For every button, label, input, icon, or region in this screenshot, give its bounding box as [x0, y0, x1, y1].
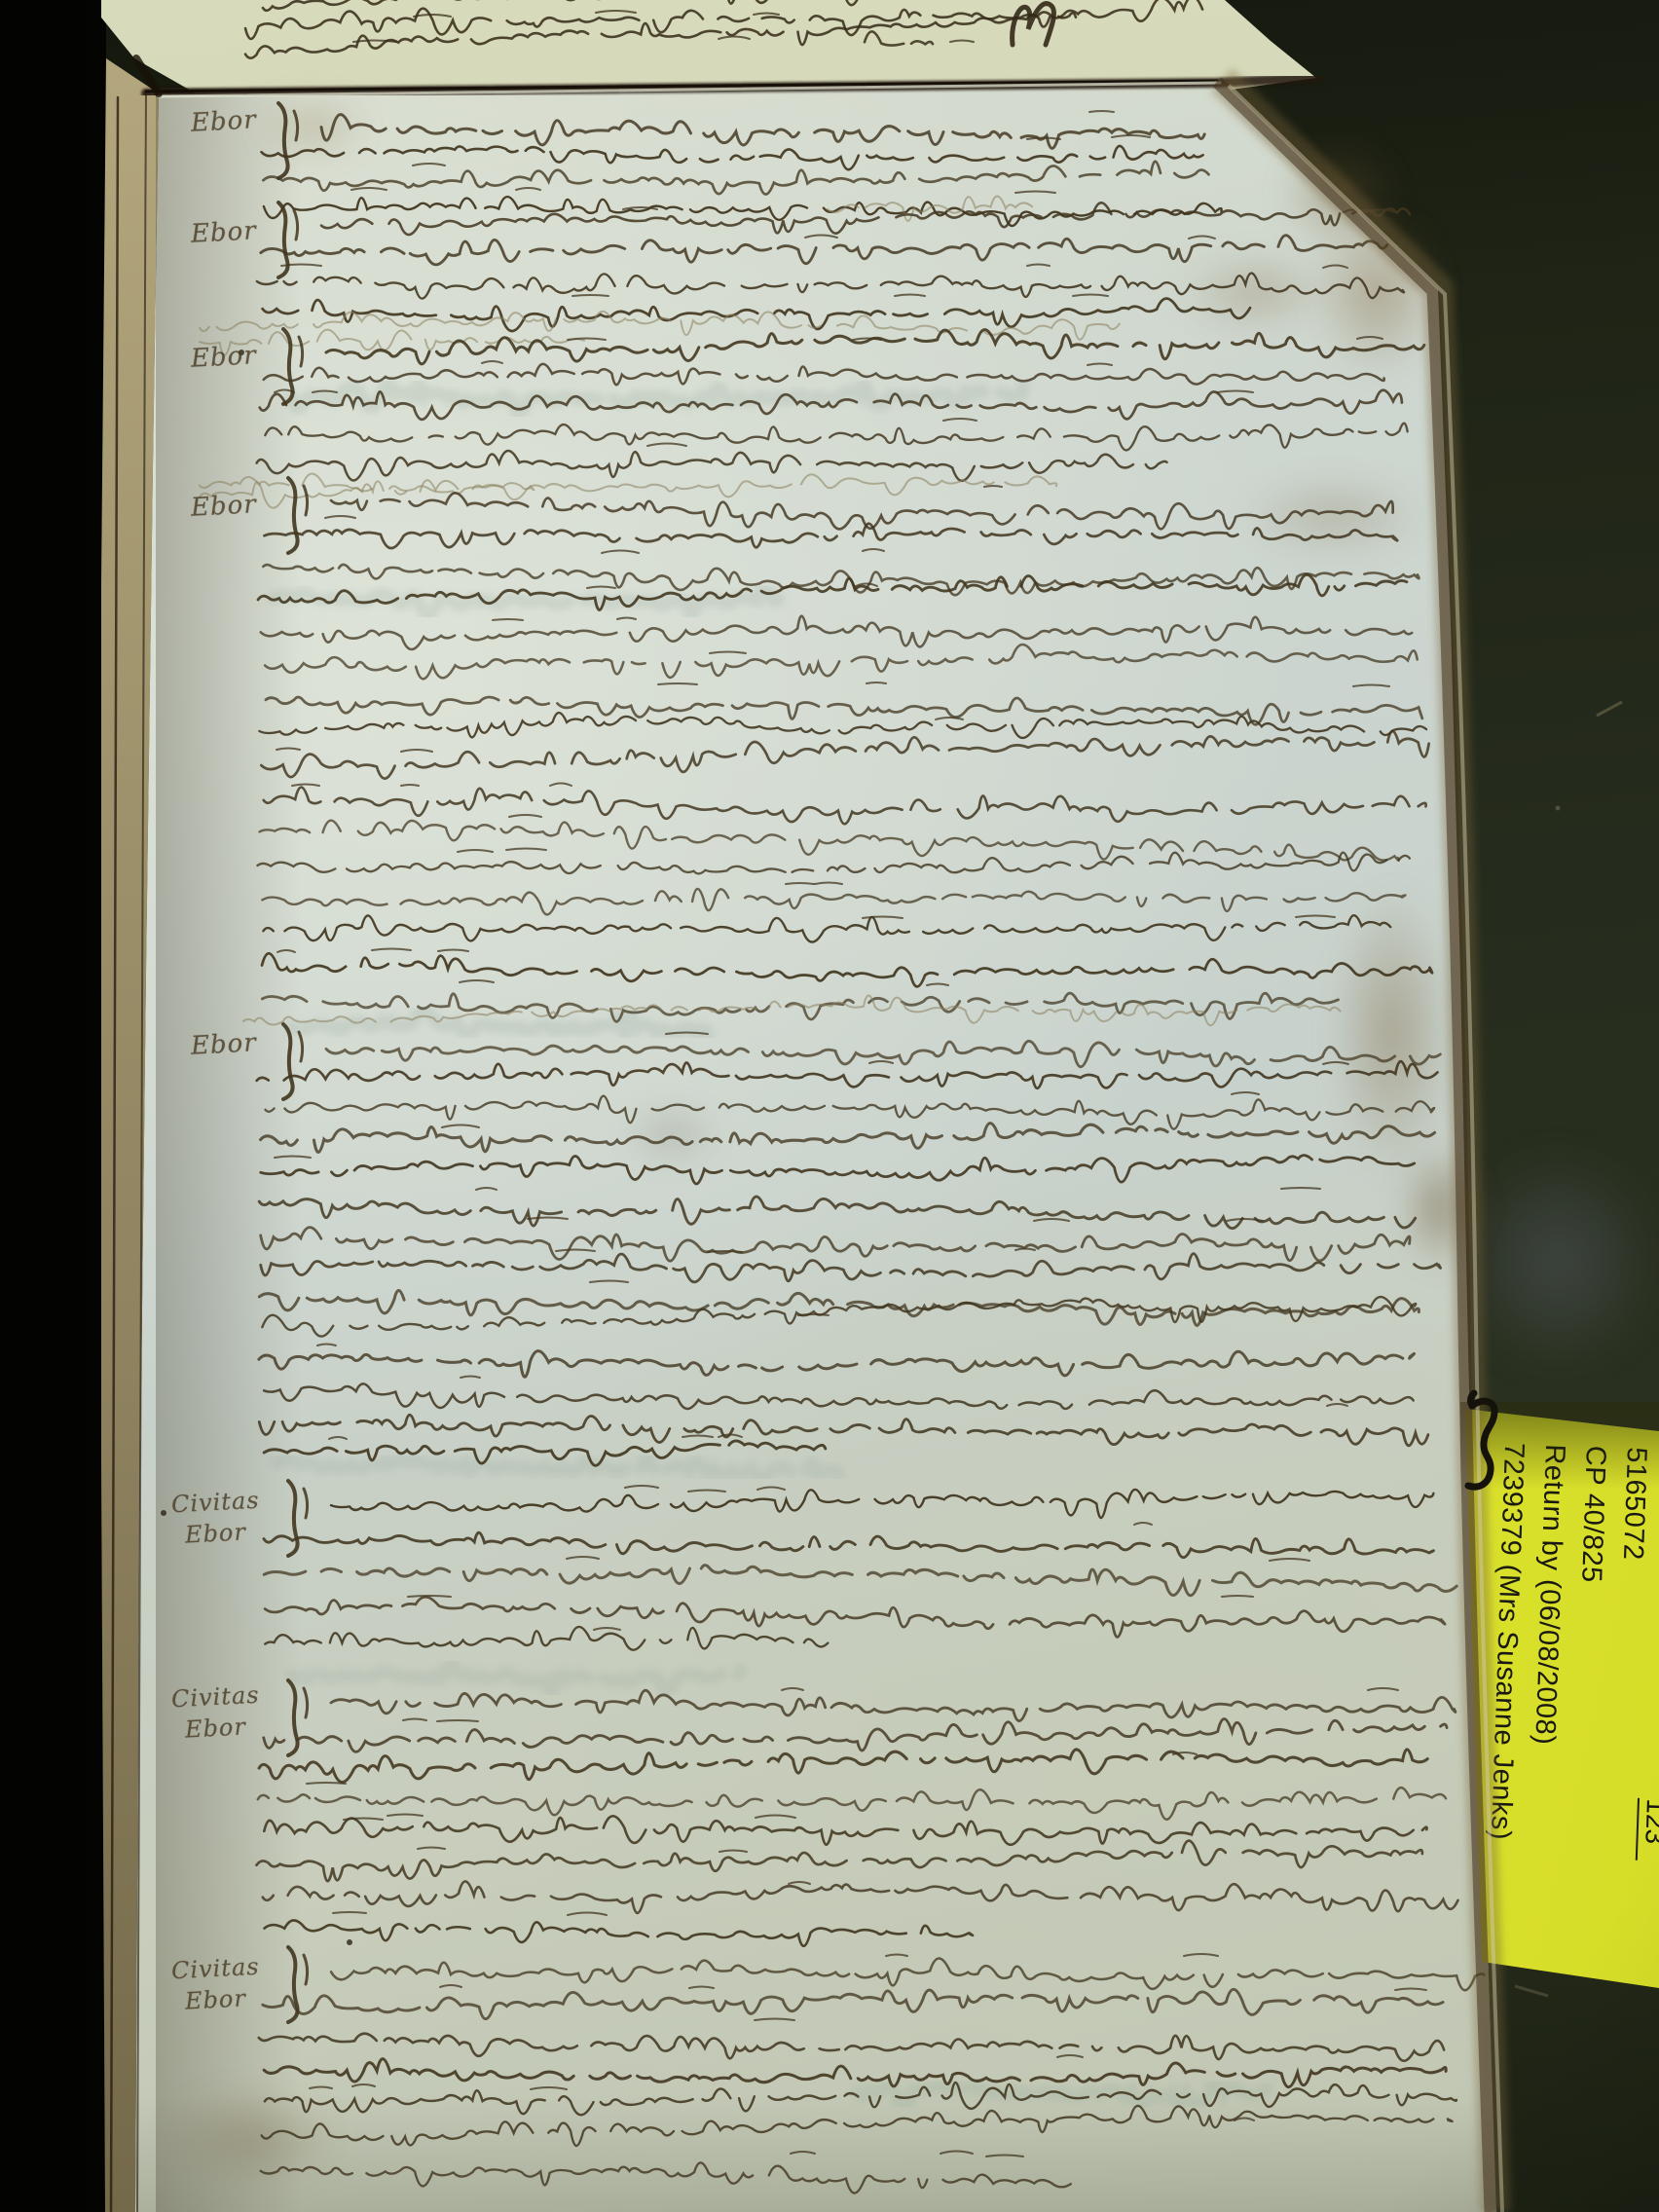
manuscript-photo: EborEborEborEborEborCivitasEborCivitasEb… — [0, 0, 1659, 2212]
photo-vignette — [0, 0, 1659, 2212]
